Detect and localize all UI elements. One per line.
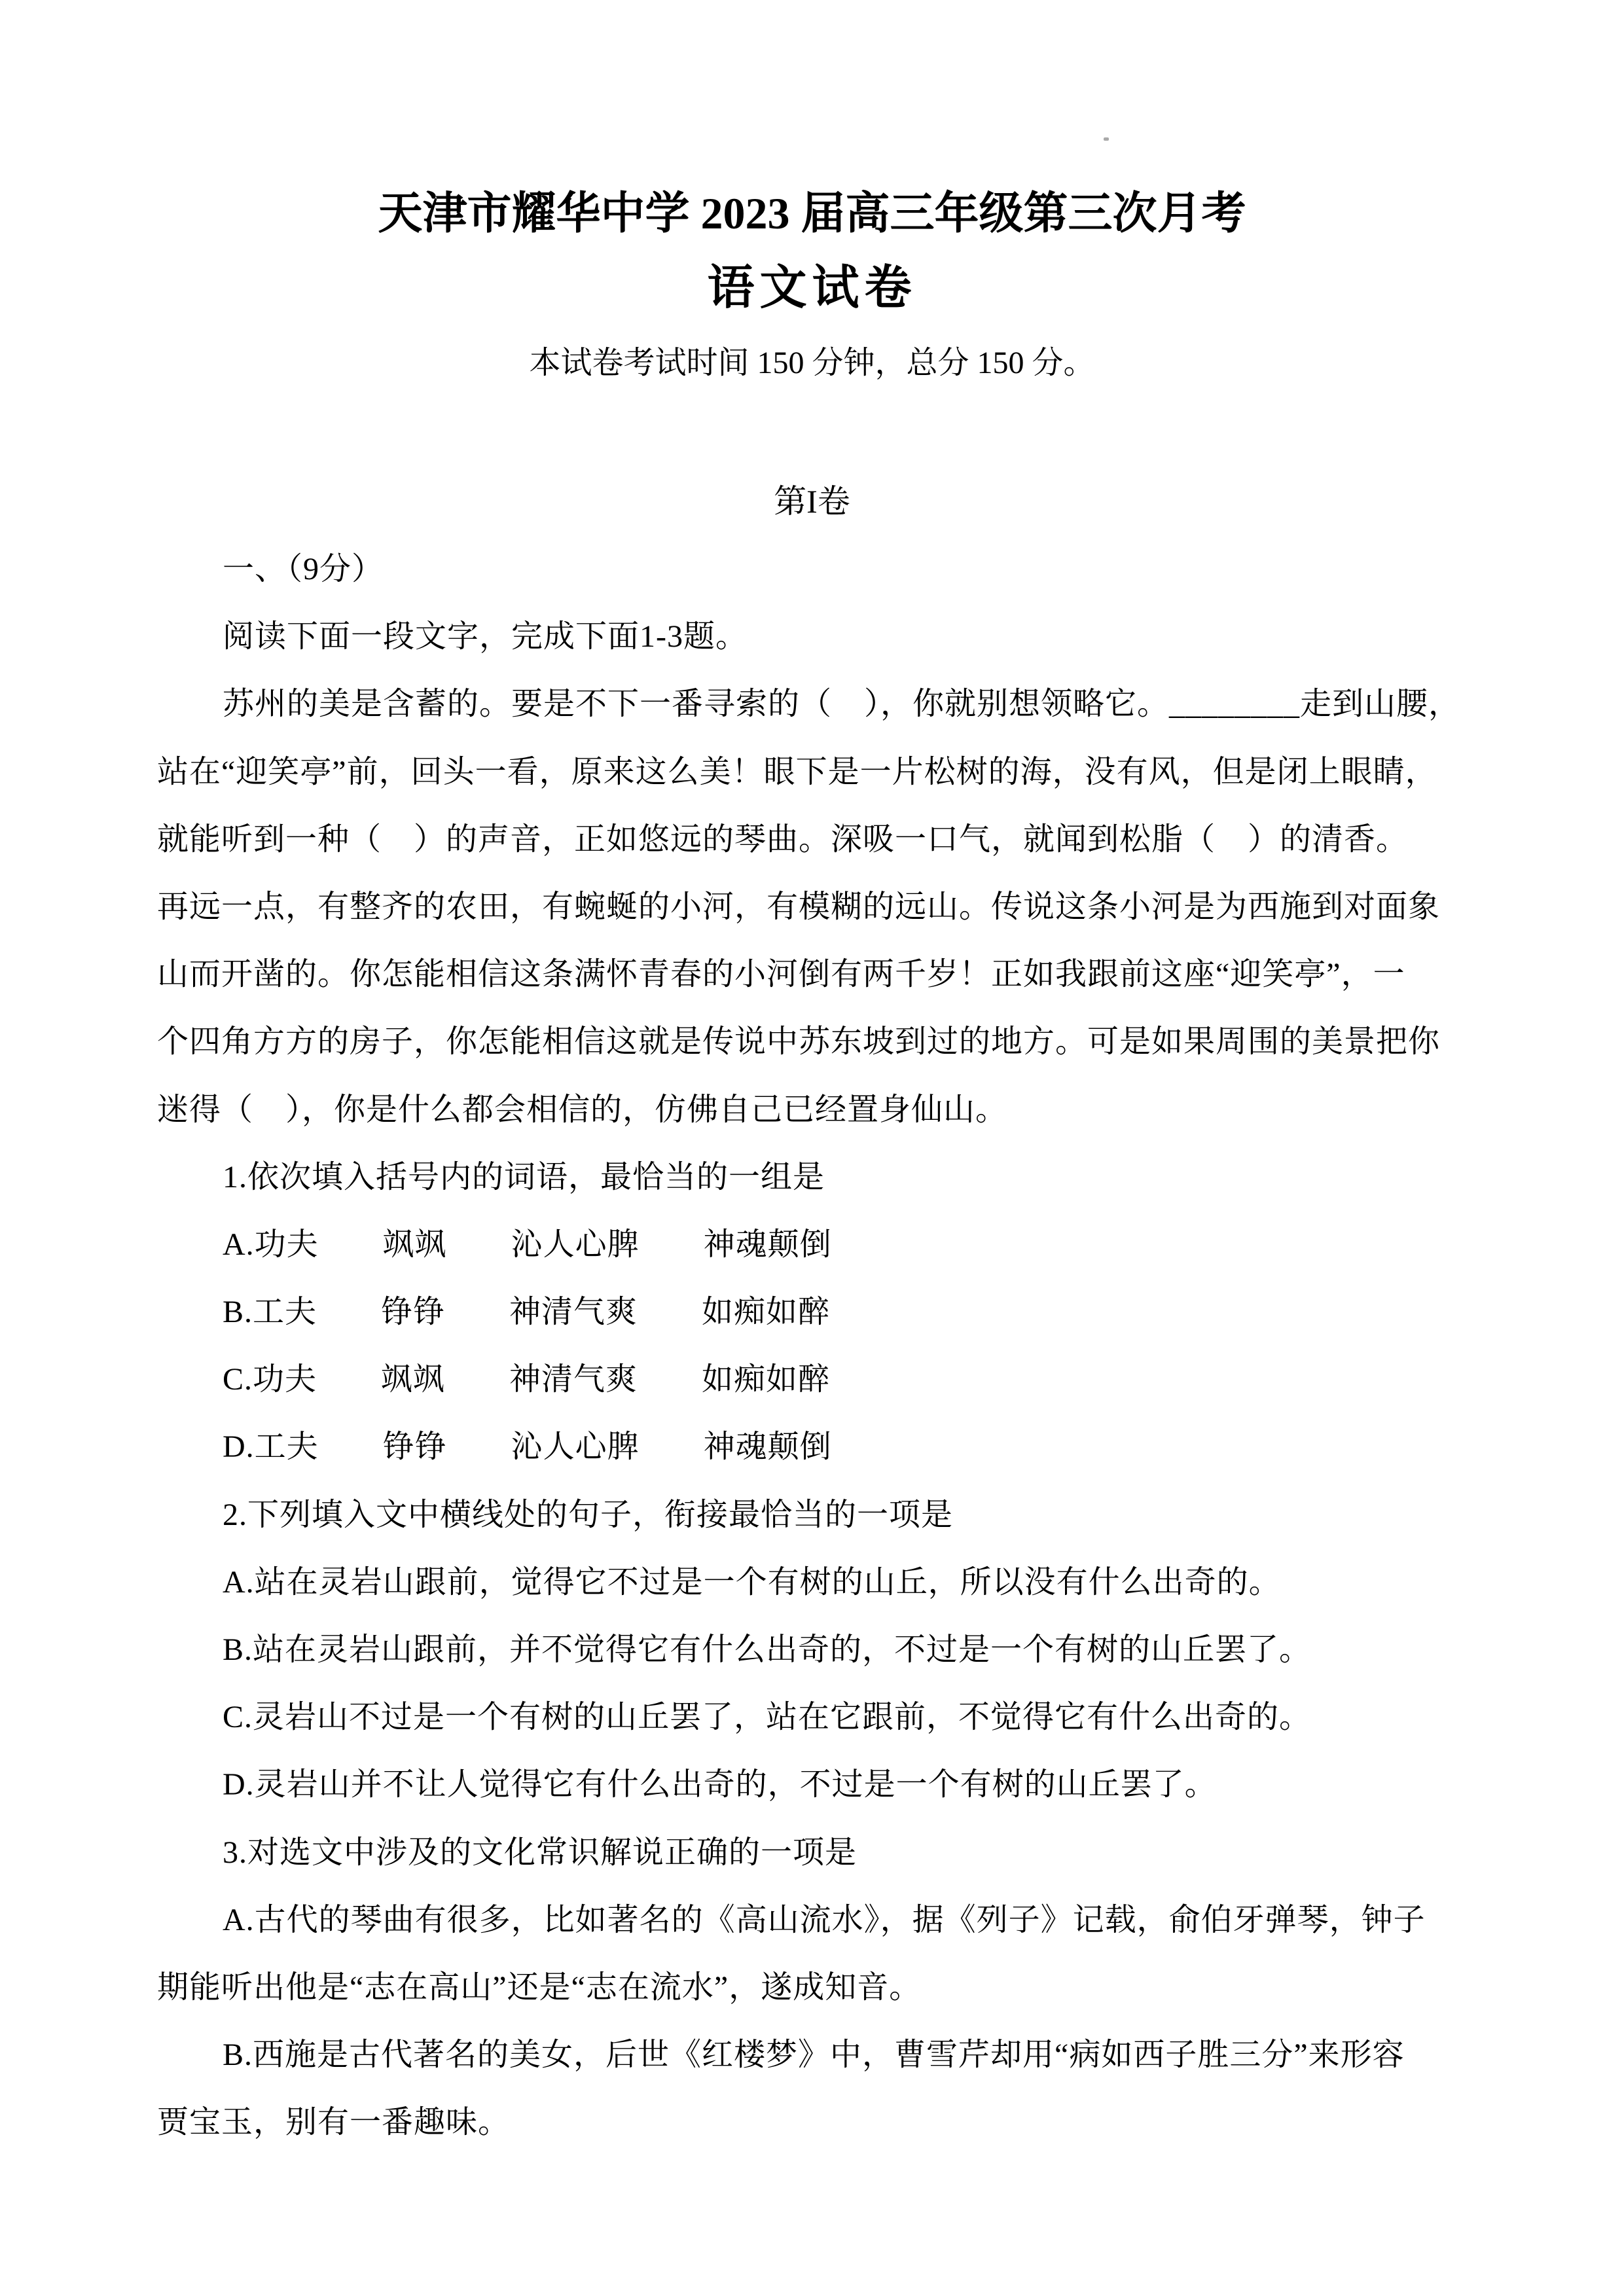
question-1-option-d: D.工夫 铮铮 沁人心脾 神魂颠倒 xyxy=(157,1413,1467,1480)
question-2-option-a: A.站在灵岩山跟前，觉得它不过是一个有树的山丘，所以没有什么出奇的。 xyxy=(157,1549,1467,1616)
question-1-option-c: C.功夫 飒飒 神清气爽 如痴如醉 xyxy=(157,1346,1467,1413)
passage-line-7: 迷得（ ），你是什么都会相信的，仿佛自己已经置身仙山。 xyxy=(157,1076,1467,1143)
passage-line-4: 再远一点，有整齐的农田，有蜿蜒的小河，有模糊的远山。传说这条小河是为西施到对面象 xyxy=(157,873,1467,941)
question-1-option-b: B.工夫 铮铮 神清气爽 如痴如醉 xyxy=(157,1278,1467,1346)
question-3-stem: 3.对选文中涉及的文化常识解说正确的一项是 xyxy=(157,1819,1467,1886)
question-3-option-b-line-1: B.西施是古代著名的美女，后世《红楼梦》中，曹雪芹却用“病如西子胜三分”来形容 xyxy=(157,2021,1467,2089)
question-3-option-a-line-2: 期能听出他是“志在高山”还是“志在流水”，遂成知音。 xyxy=(157,1954,1467,2021)
document-body: 一、（9分） 阅读下面一段文字，完成下面1-3题。 苏州的美是含蓄的。要是不下一… xyxy=(157,535,1467,2157)
document-subtitle: 语文试卷 xyxy=(157,251,1467,325)
scan-speck xyxy=(1104,137,1109,141)
passage-line-5: 山而开凿的。你怎能相信这条满怀青春的小河倒有两千岁！正如我跟前这座“迎笑亭”，一 xyxy=(157,941,1467,1008)
section-one-heading: 一、（9分） xyxy=(157,535,1467,603)
question-3-option-b-line-2: 贾宝玉，别有一番趣味。 xyxy=(157,2089,1467,2156)
section-i-heading: 第I卷 xyxy=(157,467,1467,535)
question-2-stem: 2.下列填入文中横线处的句子，衔接最恰当的一项是 xyxy=(157,1481,1467,1549)
passage-line-2: 站在“迎笑亭”前，回头一看，原来这么美！眼下是一片松树的海，没有风，但是闭上眼睛… xyxy=(157,738,1467,806)
question-2-option-c: C.灵岩山不过是一个有树的山丘罢了，站在它跟前，不觉得它有什么出奇的。 xyxy=(157,1683,1467,1751)
passage-line-1: 苏州的美是含蓄的。要是不下一番寻索的（ ），你就别想领略它。________走到… xyxy=(157,670,1467,738)
reading-instruction: 阅读下面一段文字，完成下面1-3题。 xyxy=(157,603,1467,670)
spacer xyxy=(157,402,1467,467)
question-1-stem: 1.依次填入括号内的词语，最恰当的一组是 xyxy=(157,1143,1467,1211)
passage-line-3: 就能听到一种（ ）的声音，正如悠远的琴曲。深吸一口气，就闻到松脂（ ）的清香。 xyxy=(157,806,1467,873)
document-content: 天津市耀华中学 2023 届高三年级第三次月考 语文试卷 本试卷考试时间 150… xyxy=(157,175,1467,2157)
passage-line-6: 个四角方方的房子，你怎能相信这就是传说中苏东坡到过的地方。可是如果周围的美景把你 xyxy=(157,1008,1467,1075)
question-1-option-a: A.功夫 飒飒 沁人心脾 神魂颠倒 xyxy=(157,1211,1467,1278)
exam-duration-info: 本试卷考试时间 150 分钟，总分 150 分。 xyxy=(157,325,1467,402)
document-title: 天津市耀华中学 2023 届高三年级第三次月考 xyxy=(157,175,1467,251)
question-2-option-b: B.站在灵岩山跟前，并不觉得它有什么出奇的，不过是一个有树的山丘罢了。 xyxy=(157,1616,1467,1683)
question-2-option-d: D.灵岩山并不让人觉得它有什么出奇的，不过是一个有树的山丘罢了。 xyxy=(157,1751,1467,1818)
exam-paper-page: 天津市耀华中学 2023 届高三年级第三次月考 语文试卷 本试卷考试时间 150… xyxy=(0,0,1624,2296)
question-3-option-a-line-1: A.古代的琴曲有很多，比如著名的《高山流水》，据《列子》记载，俞伯牙弹琴，钟子 xyxy=(157,1886,1467,1954)
